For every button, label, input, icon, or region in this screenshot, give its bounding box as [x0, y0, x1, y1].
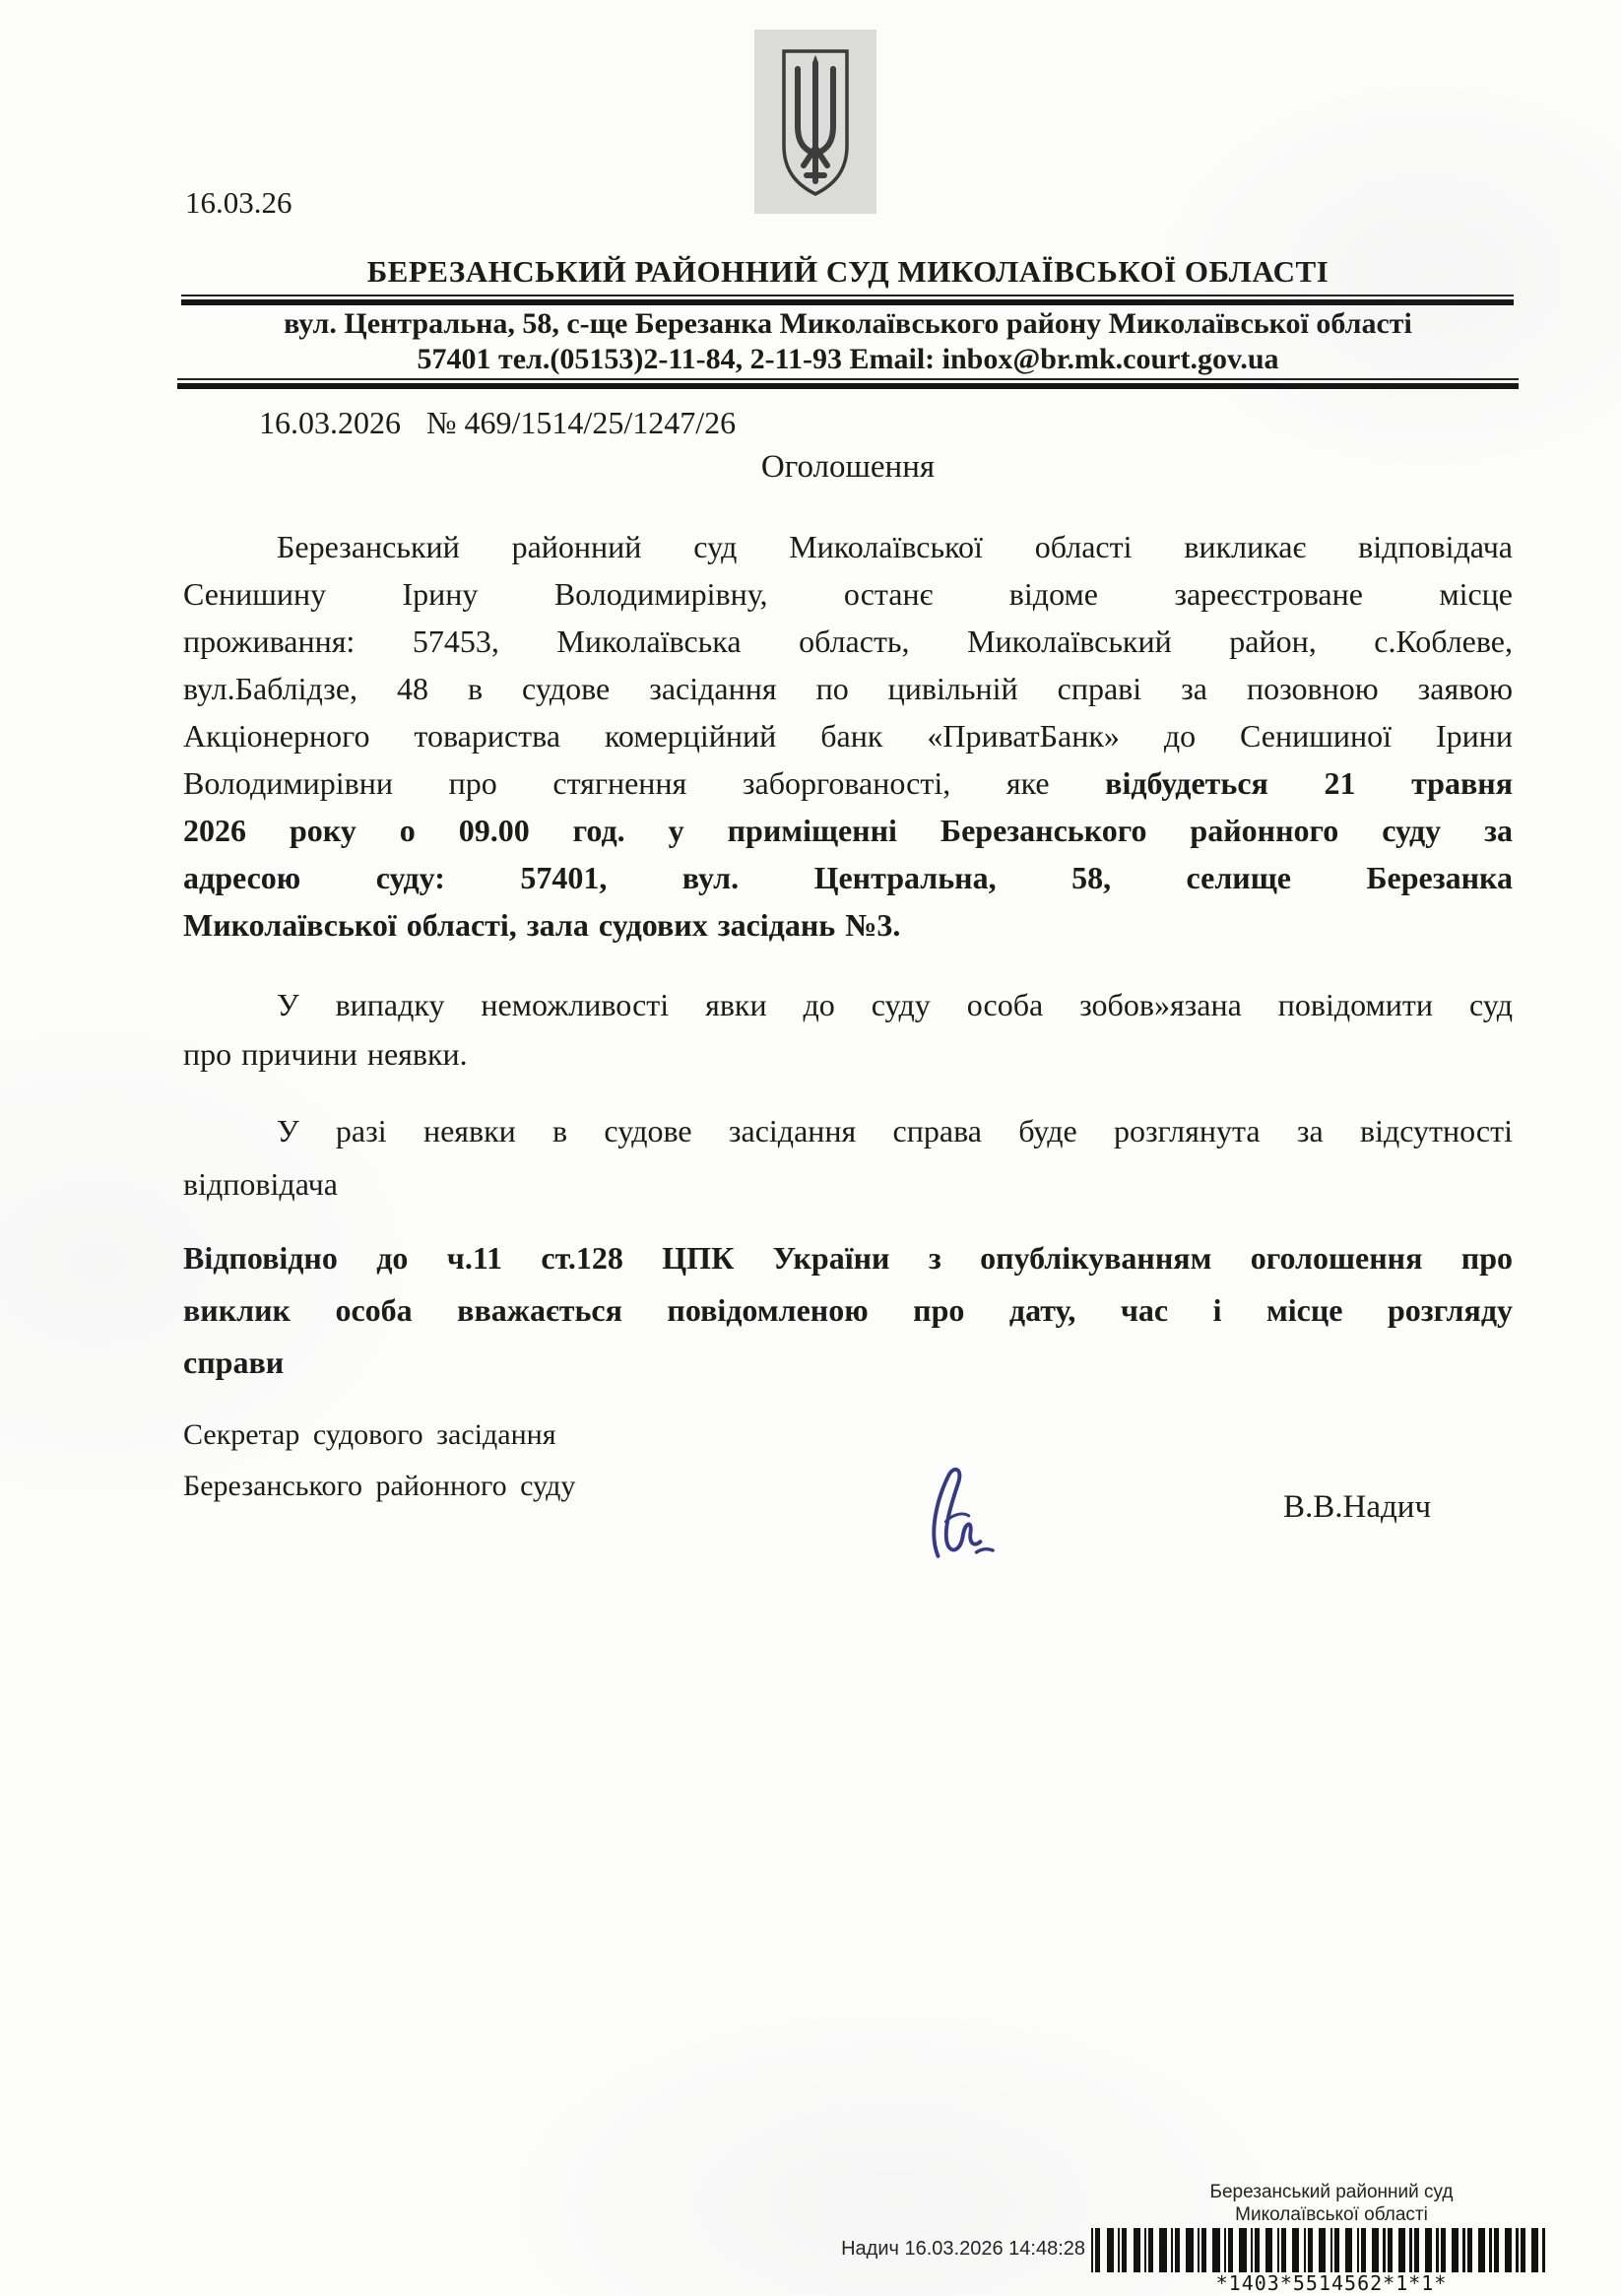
body-line: У разі неявки в судове засідання справа …: [183, 1104, 1513, 1157]
body-line: відповідача: [183, 1157, 1513, 1211]
paragraph-obligation-to-notify: У випадку неможливості явки до суду особ…: [183, 980, 1513, 1079]
body-line: 2026 року о 09.00 год. у приміщенні Бере…: [183, 807, 1513, 854]
body-line: справи: [183, 1337, 1513, 1389]
barcode: [1091, 2228, 1572, 2272]
court-name: БЕРЕЗАНСЬКИЙ РАЙОННИЙ СУД МИКОЛАЇВСЬКОЇ …: [183, 254, 1513, 290]
body-line: Володимирівни про стягнення заборгованос…: [183, 759, 1513, 807]
footer-stamp-line1: Березанський районний суд: [1091, 2181, 1572, 2203]
document-title: Оголошення: [183, 449, 1513, 486]
handwritten-signature-ink: [919, 1464, 996, 1560]
court-address-line: вул. Центральна, 58, с-ще Березанка Мико…: [183, 307, 1513, 341]
body-line: Відповідно до ч.11 ст.128 ЦПК України з …: [183, 1232, 1513, 1284]
body-line: Акціонерного товариства комерційний банк…: [183, 712, 1513, 759]
doc-reference-line: 16.03.2026№ 469/1514/25/1247/26: [259, 405, 736, 441]
barcode-text: *1403*5514562*1*1*: [1091, 2271, 1572, 2295]
paragraph-absence-consequence: У разі неявки в судове засідання справа …: [183, 1104, 1513, 1211]
body-line: проживання: 57453, Миколаївська область,…: [183, 618, 1513, 665]
signing-info-label: Надич 16.03.2026 14:48:28: [778, 2238, 1085, 2261]
body-line: адресою суду: 57401, вул. Центральна, 58…: [183, 854, 1513, 901]
signatory-name: В.В.Надич: [1283, 1489, 1431, 1526]
body-line: про причини неявки.: [183, 1029, 1513, 1079]
paragraph-legal-basis: Відповідно до ч.11 ст.128 ЦПК України з …: [183, 1232, 1513, 1389]
paragraph-summons: Березанський районний суд Миколаївської …: [183, 523, 1513, 949]
doc-date: 16.03.2026: [259, 405, 401, 440]
letterhead-divider-bottom: [177, 378, 1519, 389]
letterhead-divider-top: [181, 295, 1514, 305]
doc-number: № 469/1514/25/1247/26: [426, 405, 736, 440]
signature-role-line2: Березанського районного суду: [183, 1470, 575, 1503]
body-line: виклик особа вважається повідомленою про…: [183, 1284, 1513, 1337]
body-line: Миколаївської області, зала судових засі…: [183, 901, 1513, 949]
court-contact-line: 57401 тел.(05153)2-11-84, 2-11-93 Email:…: [183, 343, 1513, 376]
footer-stamp-line2: Миколаївської області: [1091, 2203, 1572, 2226]
body-line: Сенишину Ірину Володимирівну, останє від…: [183, 570, 1513, 618]
scanned-court-document: { "page": { "corner_date": "16.03.26" },…: [0, 0, 1621, 2296]
body-line: У випадку неможливості явки до суду особ…: [183, 980, 1513, 1029]
signature-role-line1: Секретар судового засідання: [183, 1418, 556, 1452]
body-line: вул.Баблідзе, 48 в судове засідання по ц…: [183, 665, 1513, 712]
corner-date: 16.03.26: [185, 185, 292, 221]
ukraine-coat-of-arms-icon: [754, 30, 876, 214]
footer-court-stamp: Березанський районний суд Миколаївської …: [1091, 2181, 1572, 2226]
body-line: Березанський районний суд Миколаївської …: [183, 523, 1513, 570]
